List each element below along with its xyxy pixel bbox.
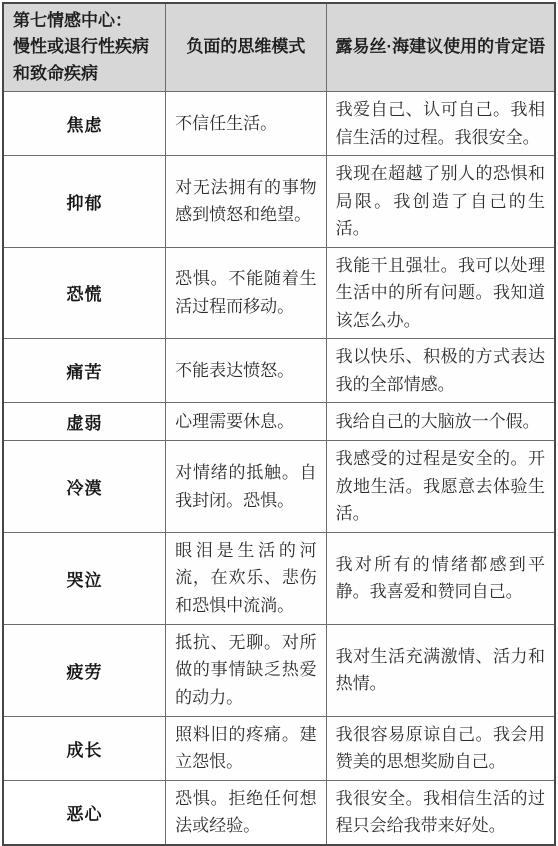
symptom-cell: 冷漠 — [3, 441, 166, 533]
symptom-cell: 恶心 — [3, 780, 166, 845]
symptom-cell: 恐慌 — [3, 247, 166, 339]
pattern-cell: 抵抗、无聊。对所做的事情缺乏热爱的动力。 — [166, 624, 327, 716]
table-row: 痛苦 不能表达愤怒。 我以快乐、积极的方式表达我的全部情感。 — [3, 339, 555, 403]
affirmation-cell: 我爱自己、认可自己。我相信生活的过程。我很安全。 — [326, 92, 555, 156]
symptom-cell: 疲劳 — [3, 624, 166, 716]
affirmation-cell: 我以快乐、积极的方式表达我的全部情感。 — [326, 339, 555, 403]
affirmation-cell: 我很安全。我相信生活的过程只会给我带来好处。 — [326, 780, 555, 845]
table-row: 冷漠 对情绪的抵触。自我封闭。恐惧。 我感受的过程是安全的。开放地生活。我愿意去… — [3, 441, 555, 533]
header-row: 第七情感中心： 慢性或退行性疾病 和致命疾病 负面的思维模式 露易丝·海建议使用… — [3, 3, 555, 92]
pattern-cell: 照料旧的疼痛。建立怨恨。 — [166, 716, 327, 780]
pattern-cell: 不能表达愤怒。 — [166, 339, 327, 403]
table-row: 哭泣 眼泪是生活的河流，在欢乐、悲伤和恐惧中流淌。 我对所有的情绪都感到平静。我… — [3, 532, 555, 624]
table-row: 焦虑 不信任生活。 我爱自己、认可自己。我相信生活的过程。我很安全。 — [3, 92, 555, 156]
symptom-cell: 焦虑 — [3, 92, 166, 156]
pattern-cell: 恐惧。不能随着生活过程而移动。 — [166, 247, 327, 339]
affirmation-cell: 我很容易原谅自己。我会用赞美的思想奖励自己。 — [326, 716, 555, 780]
table-row: 恶心 恐惧。拒绝任何想法或经验。 我很安全。我相信生活的过程只会给我带来好处。 — [3, 780, 555, 845]
affirmation-cell: 我感受的过程是安全的。开放地生活。我愿意去体验生活。 — [326, 441, 555, 533]
pattern-cell: 恐惧。拒绝任何想法或经验。 — [166, 780, 327, 845]
symptom-cell: 成长 — [3, 716, 166, 780]
header-emotional-center: 第七情感中心： 慢性或退行性疾病 和致命疾病 — [3, 3, 166, 92]
affirmation-cell: 我能干且强壮。我可以处理生活中的所有问题。我知道该怎么办。 — [326, 247, 555, 339]
table-row: 虚弱 心理需要休息。 我给自己的大脑放一个假。 — [3, 403, 555, 441]
symptom-cell: 哭泣 — [3, 532, 166, 624]
table-row: 抑郁 对无法拥有的事物感到愤怒和绝望。 我现在超越了别人的恐惧和局限。我创造了自… — [3, 156, 555, 248]
scanned-table-page: 第七情感中心： 慢性或退行性疾病 和致命疾病 负面的思维模式 露易丝·海建议使用… — [0, 0, 558, 772]
table-row: 成长 照料旧的疼痛。建立怨恨。 我很容易原谅自己。我会用赞美的思想奖励自己。 — [3, 716, 555, 780]
header-affirmation: 露易丝·海建议使用的肯定语 — [326, 3, 555, 92]
pattern-cell: 心理需要休息。 — [166, 403, 327, 441]
table-row: 疲劳 抵抗、无聊。对所做的事情缺乏热爱的动力。 我对生活充满激情、活力和热情。 — [3, 624, 555, 716]
emotional-center-table: 第七情感中心： 慢性或退行性疾病 和致命疾病 负面的思维模式 露易丝·海建议使用… — [2, 2, 556, 846]
pattern-cell: 对情绪的抵触。自我封闭。恐惧。 — [166, 441, 327, 533]
symptom-cell: 虚弱 — [3, 403, 166, 441]
table-row: 恐慌 恐惧。不能随着生活过程而移动。 我能干且强壮。我可以处理生活中的所有问题。… — [3, 247, 555, 339]
affirmation-cell: 我对所有的情绪都感到平静。我喜爱和赞同自己。 — [326, 532, 555, 624]
affirmation-cell: 我对生活充满激情、活力和热情。 — [326, 624, 555, 716]
header-negative-pattern: 负面的思维模式 — [166, 3, 327, 92]
affirmation-cell: 我现在超越了别人的恐惧和局限。我创造了自己的生活。 — [326, 156, 555, 248]
symptom-cell: 抑郁 — [3, 156, 166, 248]
symptom-cell: 痛苦 — [3, 339, 166, 403]
affirmation-cell: 我给自己的大脑放一个假。 — [326, 403, 555, 441]
pattern-cell: 眼泪是生活的河流，在欢乐、悲伤和恐惧中流淌。 — [166, 532, 327, 624]
pattern-cell: 对无法拥有的事物感到愤怒和绝望。 — [166, 156, 327, 248]
pattern-cell: 不信任生活。 — [166, 92, 327, 156]
